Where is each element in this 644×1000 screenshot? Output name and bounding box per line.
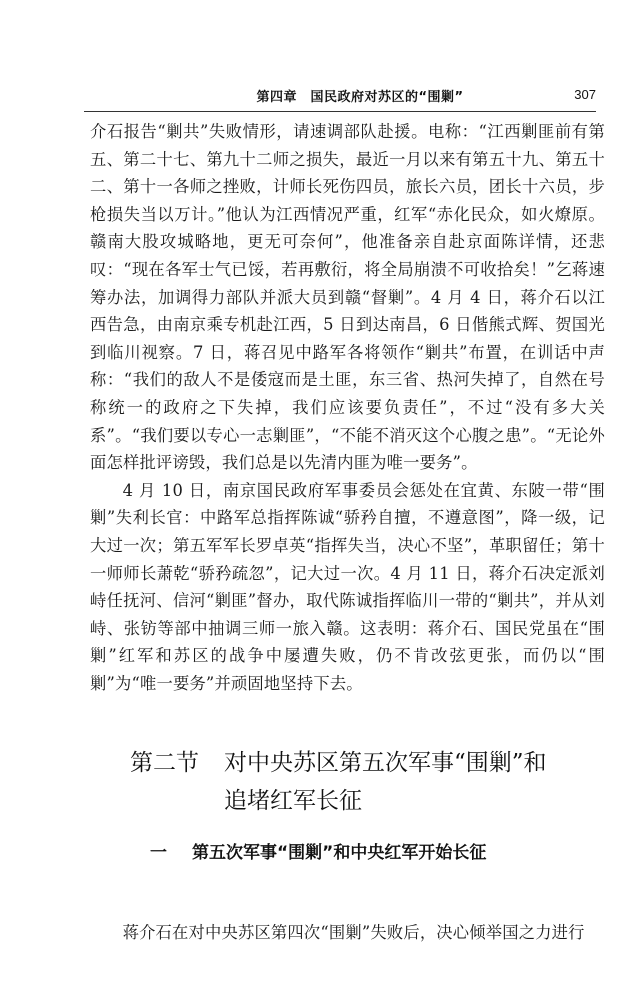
body-text: 介石报告“剿共”失败情形，请速调部队赴援。电称：“江西剿匪前有第五、第二十七、第… (90, 118, 605, 697)
paragraph: 4 月 10 日，南京国民政府军事委员会惩处在宜黄、东陂一带“围剿”失利长官：中… (90, 477, 605, 698)
page-number: 307 (574, 87, 596, 102)
section-title-line2: 追堵红军长征 (130, 782, 547, 820)
section-label: 第二节 (130, 744, 224, 782)
section-heading: 第二节对中央苏区第五次军事“围剿”和 追堵红军长征 (130, 744, 547, 820)
paragraph-opening: 蒋介石在对中央苏区第四次“围剿”失败后，决心倾举国之力进行 (90, 919, 605, 947)
running-head: 第四章 国民政府对苏区的“围剿” 307 (84, 86, 596, 110)
subsection-heading: 一第五次军事“围剿”和中央红军开始长征 (150, 838, 486, 863)
chapter-running-title: 第四章 国民政府对苏区的“围剿” (84, 86, 596, 105)
section-title-line1: 对中央苏区第五次军事“围剿”和 (224, 750, 547, 776)
header-rule (84, 111, 596, 112)
subsection-title: 第五次军事“围剿”和中央红军开始长征 (192, 843, 486, 863)
paragraph-continued: 介石报告“剿共”失败情形，请速调部队赴援。电称：“江西剿匪前有第五、第二十七、第… (90, 118, 605, 477)
subsection-number: 一 (150, 838, 192, 863)
book-page: 第四章 国民政府对苏区的“围剿” 307 介石报告“剿共”失败情形，请速调部队赴… (0, 0, 644, 1000)
